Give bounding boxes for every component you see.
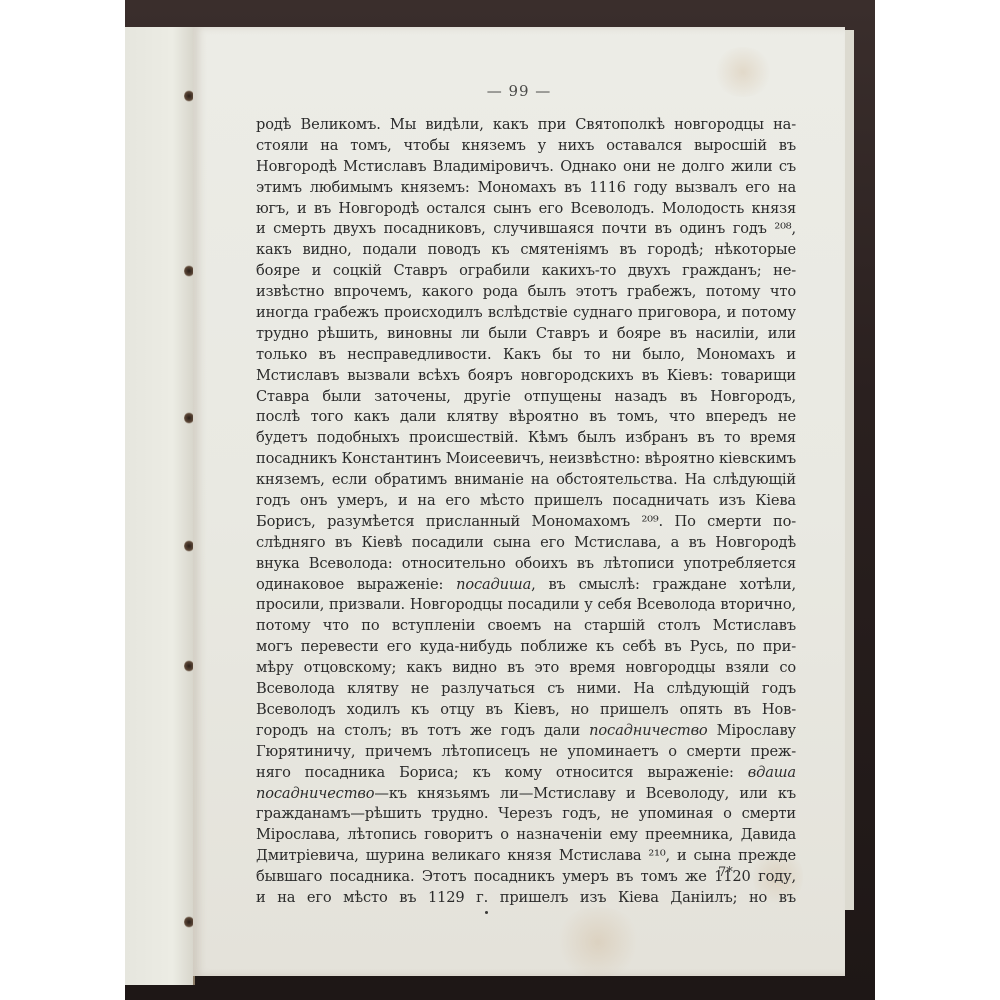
text-line: мѣру отцовскому; какъ видно въ это время… xyxy=(256,658,796,679)
text-line: няго посадника Бориса; къ кому относится… xyxy=(256,763,796,784)
page-number: — 99 — xyxy=(193,82,845,100)
italic-term: посадиша xyxy=(456,576,531,593)
text-line: послѣ того какъ дали клятву вѣроятно въ … xyxy=(256,407,796,428)
text-line: иногда грабежъ происходилъ вслѣдствіе су… xyxy=(256,303,796,324)
text-line: Мірослава, лѣтопись говоритъ о назначені… xyxy=(256,825,796,846)
text-line: Гюрятиничу, причемъ лѣтописецъ не упомин… xyxy=(256,742,796,763)
text-line: только въ несправедливости. Какъ бы то н… xyxy=(256,345,796,366)
text-line: югъ, и въ Новгородѣ остался сынъ его Все… xyxy=(256,199,796,220)
text-line: и на его мѣсто въ 1129 г. пришелъ изъ Кі… xyxy=(256,888,796,909)
ink-speck xyxy=(485,911,488,914)
text-line: извѣстно впрочемъ, какого рода былъ этот… xyxy=(256,282,796,303)
text-line: трудно рѣшить, виновны ли были Ставръ и … xyxy=(256,324,796,345)
italic-term: посадничество xyxy=(256,785,374,802)
text-line: будетъ подобныхъ происшествій. Кѣмъ былъ… xyxy=(256,428,796,449)
italic-term: посадничество xyxy=(589,722,707,739)
text-line: посадникъ Константинъ Моисеевичъ, неизвѣ… xyxy=(256,449,796,470)
text-line: и смерть двухъ посадниковъ, случившаяся … xyxy=(256,219,796,240)
text-line: внука Всеволода: относительно обоихъ въ … xyxy=(256,554,796,575)
text-line: посадничество—къ князьямъ ли—Мстиславу и… xyxy=(256,784,796,805)
text-line: могъ перевести его куда-нибудь поближе к… xyxy=(256,637,796,658)
text-line: одинаковое выраженіе: посадиша, въ смысл… xyxy=(256,575,796,596)
text-line: потому что по вступленіи своемъ на старш… xyxy=(256,616,796,637)
text-line: городъ на столъ; въ тотъ же годъ дали по… xyxy=(256,721,796,742)
book-page: — 99 — родѣ Великомъ. Мы видѣли, какъ пр… xyxy=(193,27,845,976)
signature-mark: 7* xyxy=(718,865,733,880)
text-line: родѣ Великомъ. Мы видѣли, какъ при Свято… xyxy=(256,115,796,136)
text-line: Борисъ, разумѣется присланный Мономахомъ… xyxy=(256,512,796,533)
text-line: Всеволодъ ходилъ къ отцу въ Кіевъ, но пр… xyxy=(256,700,796,721)
text-line: гражданамъ—рѣшить трудно. Черезъ годъ, н… xyxy=(256,804,796,825)
text-line: этимъ любимымъ княземъ: Мономахъ въ 1116… xyxy=(256,178,796,199)
text-line: Всеволода клятву не разлучаться съ ними.… xyxy=(256,679,796,700)
text-line: бывшаго посадника. Этотъ посадникъ умеръ… xyxy=(256,867,796,888)
facing-page-edge xyxy=(125,27,195,985)
text-line: бояре и соцкій Ставръ ограбили какихъ-то… xyxy=(256,261,796,282)
text-line: Дмитріевича, шурина великаго князя Мстис… xyxy=(256,846,796,867)
italic-term: вдаша xyxy=(748,764,796,781)
text-line: стояли на томъ, чтобы княземъ у нихъ ост… xyxy=(256,136,796,157)
text-line: годъ онъ умеръ, и на его мѣсто пришелъ п… xyxy=(256,491,796,512)
text-line: Ставра были заточены, другіе отпущены на… xyxy=(256,387,796,408)
text-line: какъ видно, подали поводъ къ смятеніямъ … xyxy=(256,240,796,261)
text-line: слѣдняго въ Кіевѣ посадили сына его Мсти… xyxy=(256,533,796,554)
paper-stain xyxy=(553,907,643,977)
text-line: княземъ, если обратимъ вниманіе на обсто… xyxy=(256,470,796,491)
text-line: просили, призвали. Новгородцы посадили у… xyxy=(256,595,796,616)
text-line: Новгородѣ Мстиславъ Владиміровичъ. Однак… xyxy=(256,157,796,178)
body-text: родѣ Великомъ. Мы видѣли, какъ при Свято… xyxy=(256,115,796,909)
text-line: Мстиславъ вызвали всѣхъ бояръ новгородск… xyxy=(256,366,796,387)
